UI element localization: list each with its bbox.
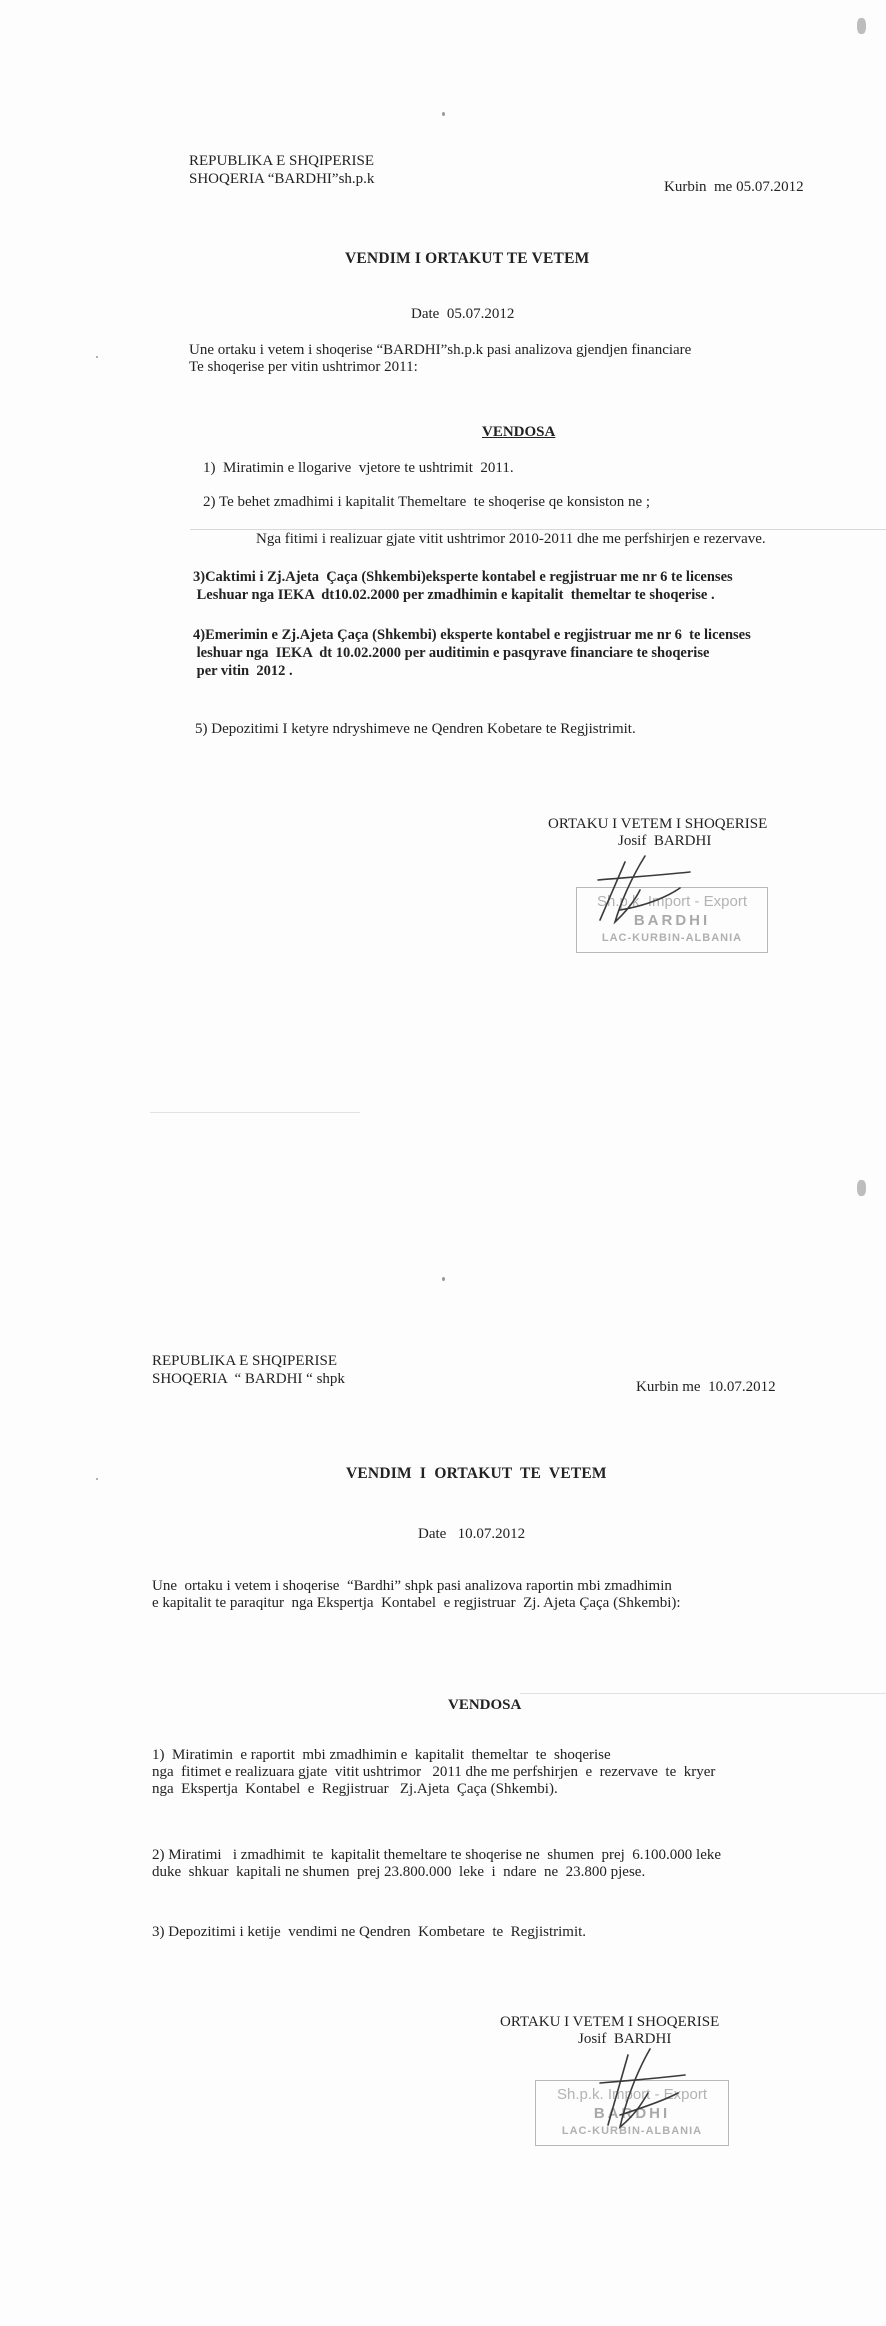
header-company: SHOQERIA “BARDHI”sh.p.k	[189, 170, 374, 188]
signature-role: ORTAKU I VETEM I SHOQERISE	[548, 815, 767, 833]
decision-item-1: 1) Miratimin e raportit mbi zmadhimin e …	[152, 1746, 611, 1764]
scan-speck	[96, 356, 98, 358]
decision-item-3: 3) Depozitimi i ketije vendimi ne Qendre…	[152, 1923, 586, 1941]
decision-item-4-line2: leshuar nga IEKA dt 10.02.2000 per audit…	[193, 644, 709, 662]
scan-speck	[442, 1277, 445, 1281]
decision-item-3-line2: Leshuar nga IEKA dt10.02.2000 per zmadhi…	[193, 586, 715, 604]
scan-line	[150, 1112, 360, 1113]
header-country: REPUBLIKA E SHQIPERISE	[189, 152, 374, 170]
signature-name: Josif BARDHI	[618, 832, 711, 850]
document-date: Date 10.07.2012	[418, 1525, 525, 1543]
decision-item-4-line3: per vitin 2012 .	[193, 662, 293, 680]
scan-speck	[96, 1478, 98, 1480]
decision-item-1-line2: nga fitimet e realizuara gjate vitit ush…	[152, 1763, 715, 1781]
signature-role: ORTAKU I VETEM I SHOQERISE	[500, 2013, 719, 2031]
document-title: VENDIM I ORTAKUT TE VETEM	[346, 1465, 607, 1483]
scan-mark	[857, 18, 866, 34]
handwritten-signature	[590, 2045, 700, 2135]
decision-heading: VENDOSA	[482, 423, 555, 441]
decision-item-2: 2) Miratimi i zmadhimit te kapitalit the…	[152, 1846, 721, 1864]
header-place-date: Kurbin me 10.07.2012	[636, 1378, 776, 1396]
scan-speck	[442, 112, 445, 116]
decision-heading: VENDOSA	[448, 1696, 521, 1714]
decision-item-2-detail: Nga fitimi i realizuar gjate vitit ushtr…	[256, 530, 766, 548]
intro-line: Une ortaku i vetem i shoqerise “Bardhi” …	[152, 1577, 672, 1595]
handwritten-signature	[580, 850, 710, 930]
scanned-document: REPUBLIKA E SHQIPERISE SHOQERIA “BARDHI”…	[0, 0, 886, 2326]
scan-mark	[857, 1180, 866, 1196]
intro-line: Te shoqerise per vitin ushtrimor 2011:	[189, 358, 418, 376]
decision-item-2: 2) Te behet zmadhimi i kapitalit Themelt…	[203, 493, 650, 511]
header-country: REPUBLIKA E SHQIPERISE	[152, 1352, 337, 1370]
decision-item-2-line2: duke shkuar kapitali ne shumen prej 23.8…	[152, 1863, 645, 1881]
header-place-date: Kurbin me 05.07.2012	[664, 178, 804, 196]
intro-line: Une ortaku i vetem i shoqerise “BARDHI”s…	[189, 341, 691, 359]
document-date: Date 05.07.2012	[411, 305, 514, 323]
document-title: VENDIM I ORTAKUT TE VETEM	[345, 250, 589, 268]
decision-item-4: 4)Emerimin e Zj.Ajeta Çaça (Shkembi) eks…	[193, 626, 751, 644]
intro-line: e kapitalit te paraqitur nga Ekspertja K…	[152, 1594, 681, 1612]
scan-line	[520, 1693, 886, 1694]
decision-item-5: 5) Depozitimi I ketyre ndryshimeve ne Qe…	[195, 720, 636, 738]
decision-item-1: 1) Miratimin e llogarive vjetore te usht…	[203, 459, 514, 477]
decision-item-3: 3)Caktimi i Zj.Ajeta Çaça (Shkembi)ekspe…	[193, 568, 733, 586]
header-company: SHOQERIA “ BARDHI “ shpk	[152, 1370, 345, 1388]
stamp-line-3: LAC-KURBIN-ALBANIA	[577, 930, 767, 946]
decision-item-1-line3: nga Ekspertja Kontabel e Regjistruar Zj.…	[152, 1780, 558, 1798]
